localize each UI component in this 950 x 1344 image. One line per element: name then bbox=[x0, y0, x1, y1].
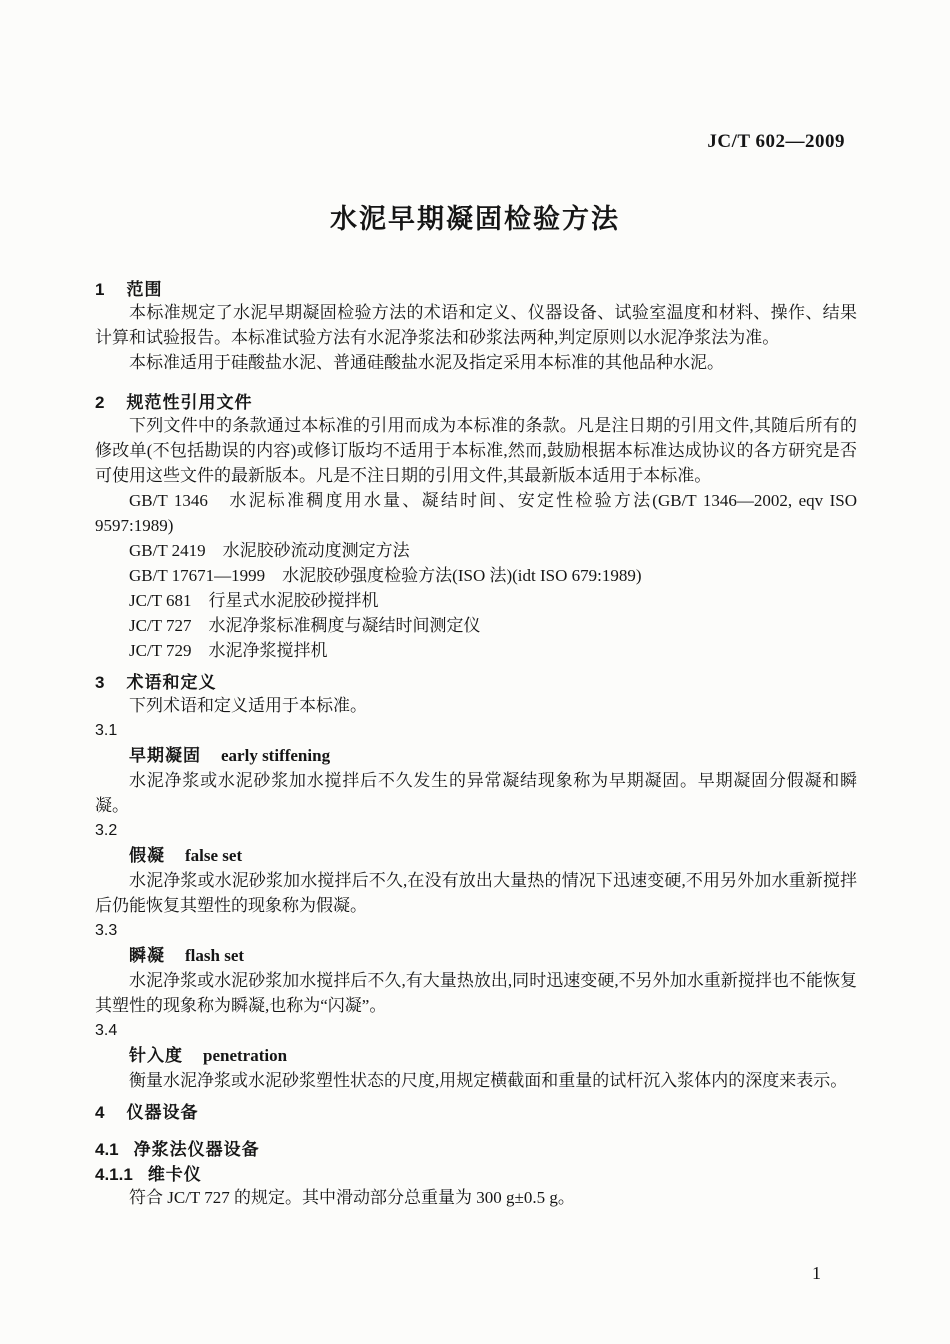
section-2-heading: 2规范性引用文件 bbox=[95, 393, 857, 413]
section-number: 4.1 bbox=[95, 1140, 119, 1160]
section-number: 4.1.1 bbox=[95, 1165, 133, 1185]
paragraph: 本标准规定了水泥早期凝固检验方法的术语和定义、仪器设备、试验室温度和材料、操作、… bbox=[95, 300, 857, 350]
reference-item: GB/T 17671—1999 水泥胶砂强度检验方法(ISO 法)(idt IS… bbox=[95, 563, 857, 588]
term-name-en: false set bbox=[185, 846, 242, 865]
section-3-heading: 3术语和定义 bbox=[95, 673, 857, 693]
page-number: 1 bbox=[812, 1262, 821, 1284]
section-title-text: 术语和定义 bbox=[126, 673, 216, 692]
paragraph: 下列文件中的条款通过本标准的引用而成为本标准的条款。凡是注日期的引用文件,其随后… bbox=[95, 413, 857, 488]
document-body: 1范围 本标准规定了水泥早期凝固检验方法的术语和定义、仪器设备、试验室温度和材料… bbox=[95, 280, 857, 1210]
term-name-zh: 假凝 bbox=[129, 846, 165, 865]
reference-item: JC/T 681 行星式水泥胶砂搅拌机 bbox=[95, 588, 857, 613]
term-name-en: penetration bbox=[203, 1046, 287, 1065]
term-block: 3.1 早期凝固early stiffening 水泥净浆或水泥砂浆加水搅拌后不… bbox=[95, 718, 857, 818]
term-name-zh: 早期凝固 bbox=[129, 746, 201, 765]
term-name-en: flash set bbox=[185, 946, 244, 965]
term-definition: 水泥净浆或水泥砂浆加水搅拌后不久发生的异常凝结现象称为早期凝固。早期凝固分假凝和… bbox=[95, 768, 857, 818]
term-title: 假凝false set bbox=[95, 843, 857, 868]
term-definition: 衡量水泥净浆或水泥砂浆塑性状态的尺度,用规定横截面和重量的试杆沉入浆体内的深度来… bbox=[95, 1068, 857, 1093]
term-definition: 水泥净浆或水泥砂浆加水搅拌后不久,有大量热放出,同时迅速变硬,不另外加水重新搅拌… bbox=[95, 968, 857, 1018]
clause-number: 3.4 bbox=[95, 1018, 857, 1043]
section-title-text: 仪器设备 bbox=[126, 1103, 198, 1122]
doc-number: JC/T 602—2009 bbox=[707, 131, 845, 153]
section-1-heading: 1范围 bbox=[95, 280, 857, 300]
section-4-1-1-heading: 4.1.1维卡仪 bbox=[95, 1165, 857, 1185]
section-4-heading: 4仪器设备 bbox=[95, 1103, 857, 1123]
term-title: 瞬凝flash set bbox=[95, 943, 857, 968]
reference-item: GB/T 1346 水泥标准稠度用水量、凝结时间、安定性检验方法(GB/T 13… bbox=[95, 488, 857, 538]
clause-number: 3.1 bbox=[95, 718, 857, 743]
paragraph: 下列术语和定义适用于本标准。 bbox=[95, 693, 857, 718]
doc-title: 水泥早期凝固检验方法 bbox=[0, 197, 950, 236]
section-number: 3 bbox=[95, 673, 104, 693]
section-title-text: 维卡仪 bbox=[148, 1165, 202, 1184]
term-block: 3.3 瞬凝flash set 水泥净浆或水泥砂浆加水搅拌后不久,有大量热放出,… bbox=[95, 918, 857, 1018]
term-title: 针入度penetration bbox=[95, 1043, 857, 1068]
reference-item: JC/T 729 水泥净浆搅拌机 bbox=[95, 638, 857, 663]
term-name-zh: 针入度 bbox=[129, 1046, 183, 1065]
clause-number: 3.2 bbox=[95, 818, 857, 843]
section-number: 1 bbox=[95, 280, 104, 300]
clause-number: 3.3 bbox=[95, 918, 857, 943]
section-number: 4 bbox=[95, 1103, 104, 1123]
section-title-text: 净浆法仪器设备 bbox=[134, 1140, 260, 1159]
section-4-1-heading: 4.1净浆法仪器设备 bbox=[95, 1140, 857, 1160]
reference-item: JC/T 727 水泥净浆标准稠度与凝结时间测定仪 bbox=[95, 613, 857, 638]
paragraph: 符合 JC/T 727 的规定。其中滑动部分总重量为 300 g±0.5 g。 bbox=[95, 1185, 857, 1210]
term-block: 3.2 假凝false set 水泥净浆或水泥砂浆加水搅拌后不久,在没有放出大量… bbox=[95, 818, 857, 918]
reference-item: GB/T 2419 水泥胶砂流动度测定方法 bbox=[95, 538, 857, 563]
section-title-text: 规范性引用文件 bbox=[126, 393, 252, 412]
document-page: JC/T 602—2009 水泥早期凝固检验方法 1范围 本标准规定了水泥早期凝… bbox=[0, 0, 950, 1344]
term-name-zh: 瞬凝 bbox=[129, 946, 165, 965]
term-block: 3.4 针入度penetration 衡量水泥净浆或水泥砂浆塑性状态的尺度,用规… bbox=[95, 1018, 857, 1093]
section-title-text: 范围 bbox=[126, 280, 162, 299]
term-name-en: early stiffening bbox=[221, 746, 330, 765]
term-definition: 水泥净浆或水泥砂浆加水搅拌后不久,在没有放出大量热的情况下迅速变硬,不用另外加水… bbox=[95, 868, 857, 918]
section-number: 2 bbox=[95, 393, 104, 413]
paragraph: 本标准适用于硅酸盐水泥、普通硅酸盐水泥及指定采用本标准的其他品种水泥。 bbox=[95, 350, 857, 375]
term-title: 早期凝固early stiffening bbox=[95, 743, 857, 768]
